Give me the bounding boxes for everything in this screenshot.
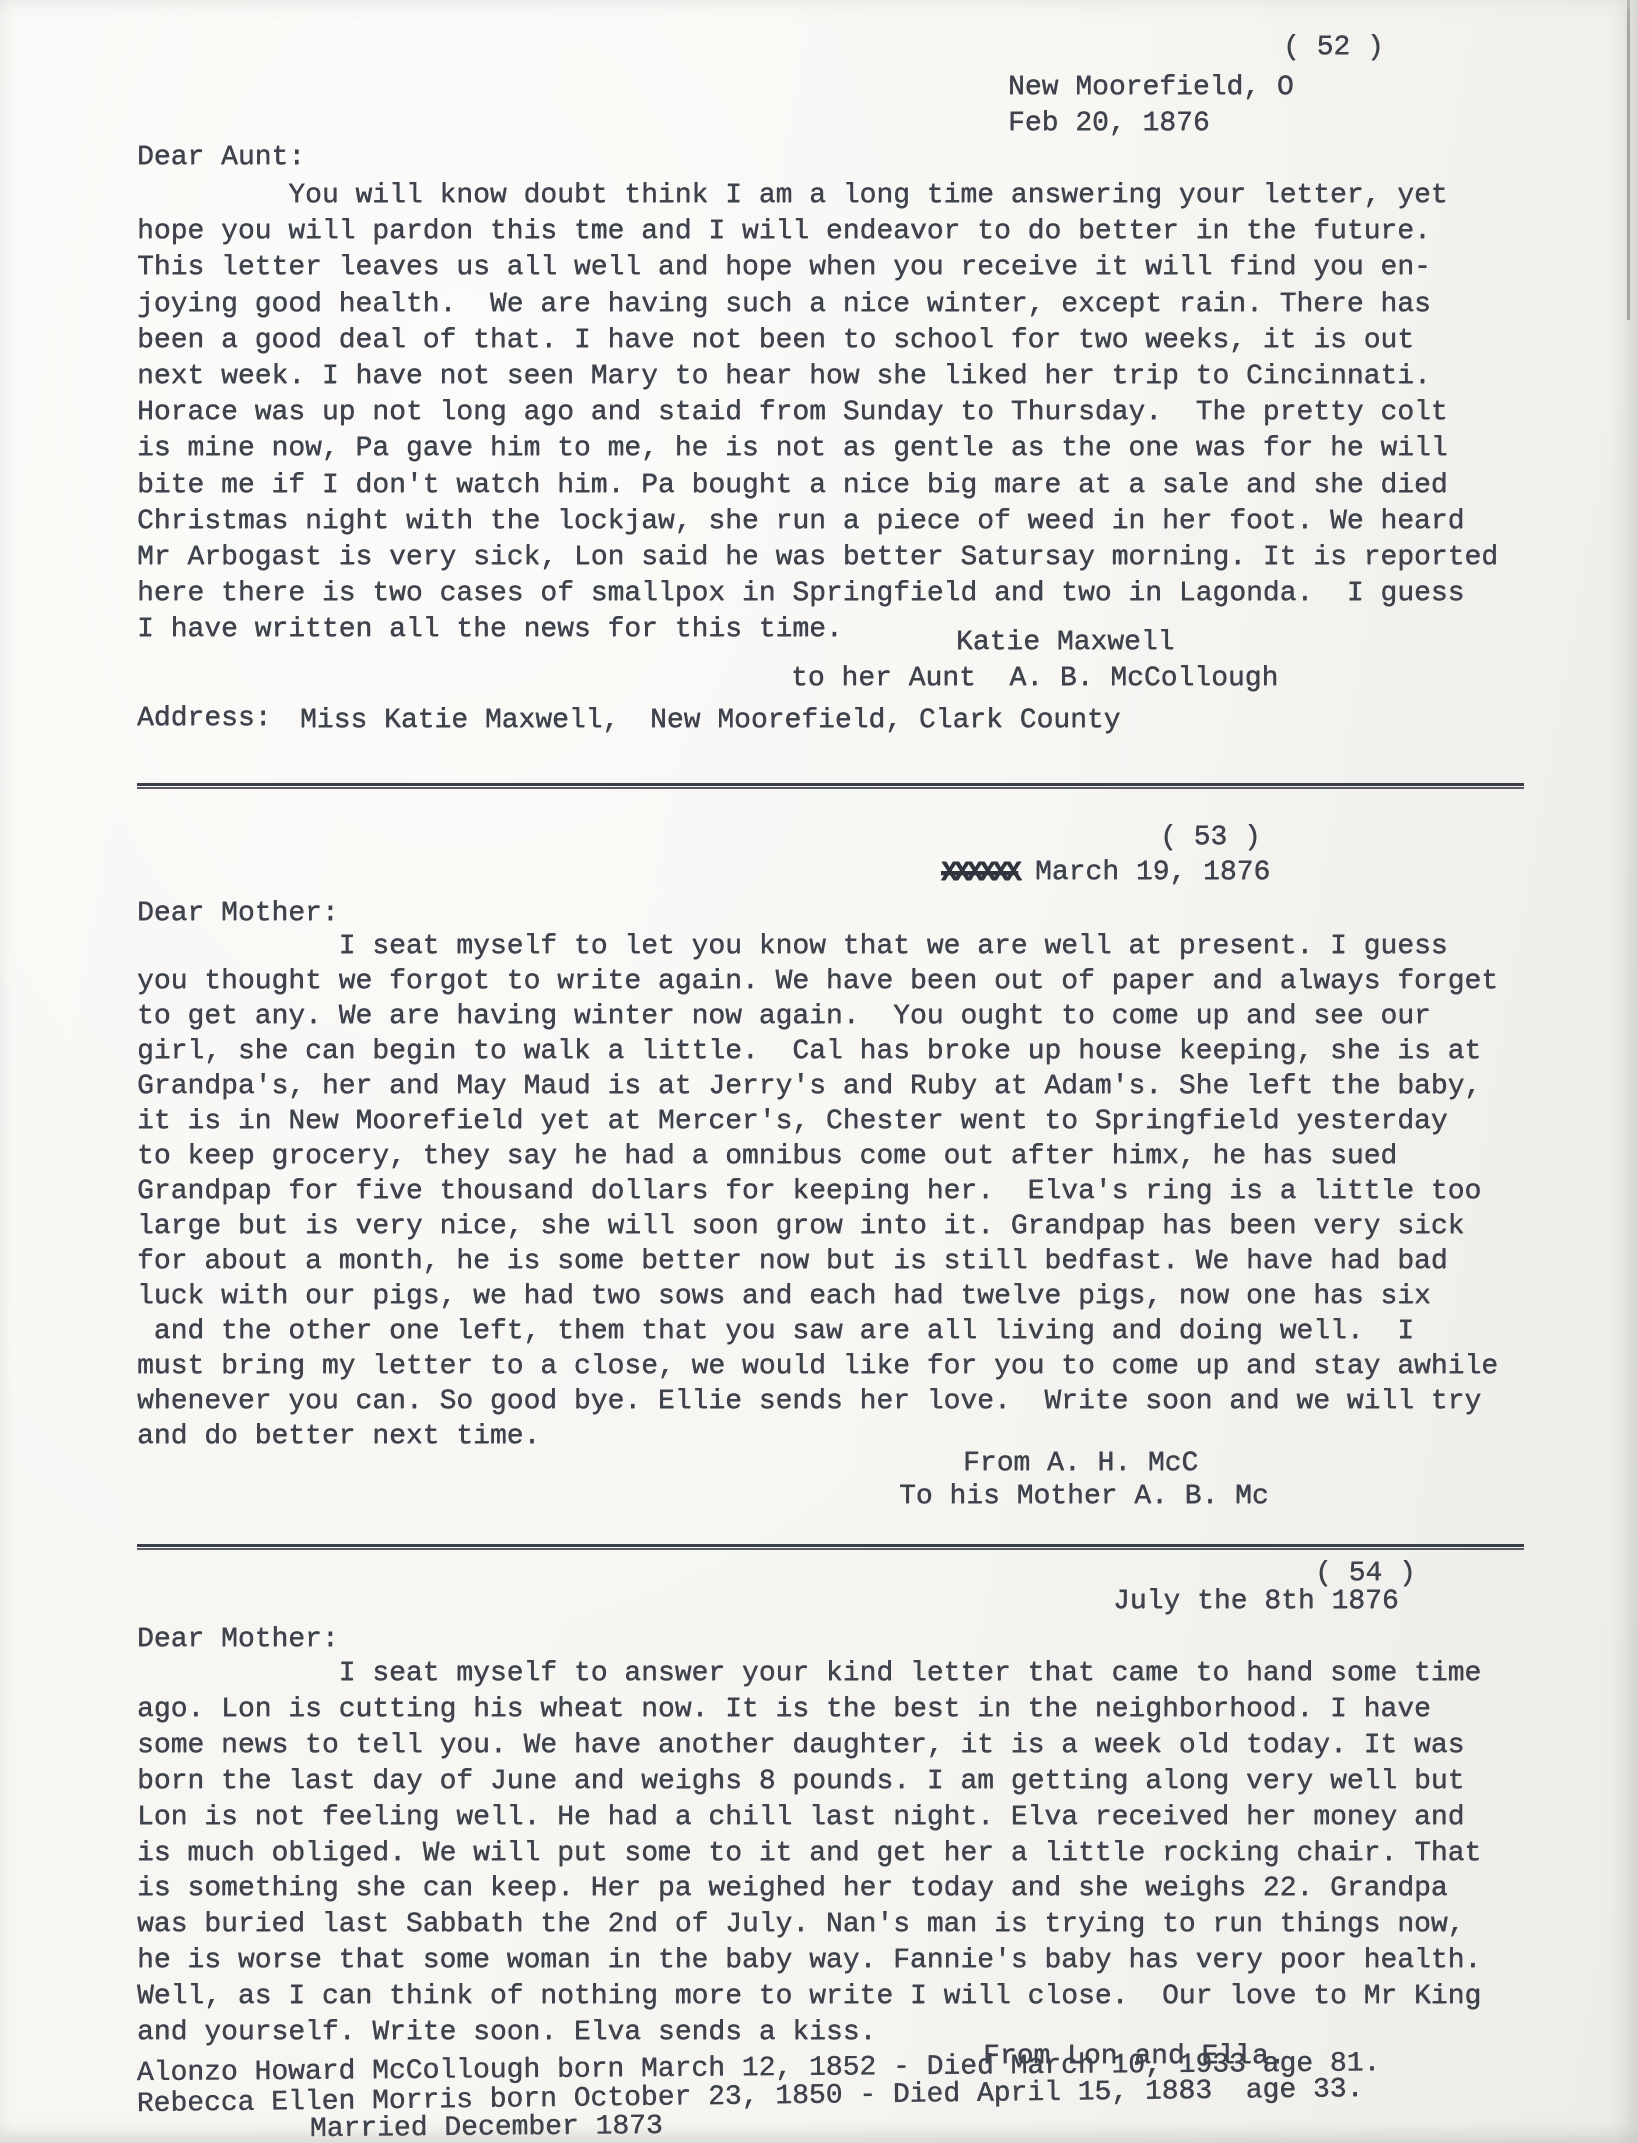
struck-out-text: XXXXXX <box>941 856 1022 892</box>
letter-body: I seat myself to answer your kind letter… <box>137 1656 1481 2051</box>
dateline-place: New Moorefield, O <box>1008 70 1294 106</box>
page-number: ( 53 ) <box>1160 820 1261 856</box>
signature-line: From A. H. McC <box>963 1446 1198 1482</box>
scanned-letter-page: ( 52 ) New Moorefield, O Feb 20, 1876 De… <box>0 0 1638 2143</box>
page-number: ( 52 ) <box>1283 30 1384 66</box>
dateline-date: March 19, 1876 <box>1035 855 1270 891</box>
section-divider <box>137 783 1524 789</box>
letter-body: I seat myself to let you know that we ar… <box>137 929 1498 1454</box>
genealogy-note-line: Married December 1873 <box>310 2109 663 2143</box>
section-divider <box>137 1544 1524 1550</box>
salutation: Dear Aunt: <box>137 140 305 176</box>
salutation: Dear Mother: <box>137 896 339 932</box>
address-label: Address: <box>137 701 271 737</box>
signature-line: To his Mother A. B. Mc <box>899 1479 1269 1515</box>
address-place: New Moorefield, Clark County <box>650 703 1120 739</box>
salutation: Dear Mother: <box>137 1622 339 1658</box>
dateline-date: July the 8th 1876 <box>1113 1584 1399 1620</box>
letter-body: You will know doubt think I am a long ti… <box>137 178 1498 649</box>
scan-edge-artifact <box>1627 0 1630 320</box>
address-name: Miss Katie Maxwell, <box>300 703 619 739</box>
signature-line: to her Aunt A. B. McCollough <box>791 661 1278 697</box>
signature-line: Katie Maxwell <box>956 625 1174 661</box>
dateline-date: Feb 20, 1876 <box>1008 106 1210 142</box>
